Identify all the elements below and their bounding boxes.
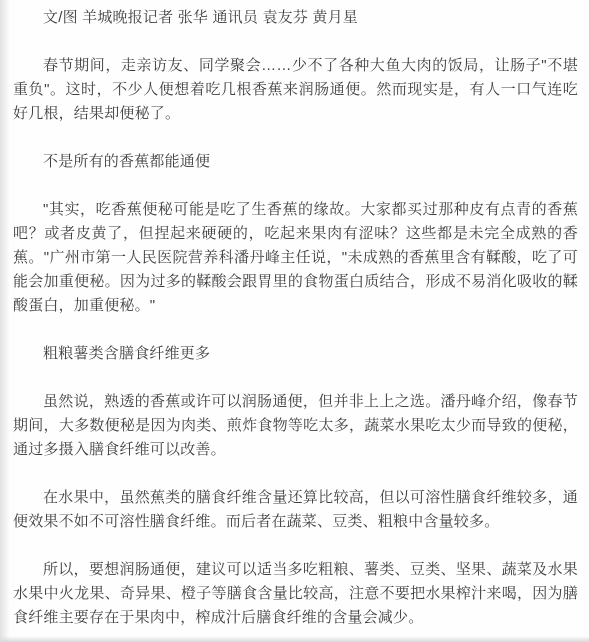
paragraph: 虽然说，熟透的香蕉或许可以润肠通便，但并非上上之选。潘丹峰介绍，像春节期间，大多… — [13, 390, 578, 462]
paragraph: "其实，吃香蕉便秘可能是吃了生香蕉的缘故。大家都买过那种皮有点青的香蕉吧？或者皮… — [13, 198, 578, 318]
paragraph: 春节期间，走亲访友、同学聚会……少不了各种大鱼大肉的饭局，让肠子"不堪重负"。这… — [13, 54, 578, 126]
section-heading: 不是所有的香蕉都能通便 — [13, 150, 578, 174]
paragraph: 所以，要想润肠通便，建议可以适当多吃粗粮、薯类、豆类、坚果、蔬菜及水果水果中火龙… — [13, 558, 578, 630]
paragraph: 在水果中，虽然蕉类的膳食纤维含量还算比较高，但以可溶性膳食纤维较多，通便效果不如… — [13, 486, 578, 534]
section-heading: 粗粮薯类含膳食纤维更多 — [13, 342, 578, 366]
page-bottom-edge-shadow — [0, 636, 589, 642]
article-content: 文/图 羊城晚报记者 张华 通讯员 袁友芬 黄月星 春节期间，走亲访友、同学聚会… — [0, 0, 589, 630]
byline: 文/图 羊城晚报记者 张华 通讯员 袁友芬 黄月星 — [13, 6, 578, 30]
article-page: 文/图 羊城晚报记者 张华 通讯员 袁友芬 黄月星 春节期间，走亲访友、同学聚会… — [0, 0, 589, 642]
